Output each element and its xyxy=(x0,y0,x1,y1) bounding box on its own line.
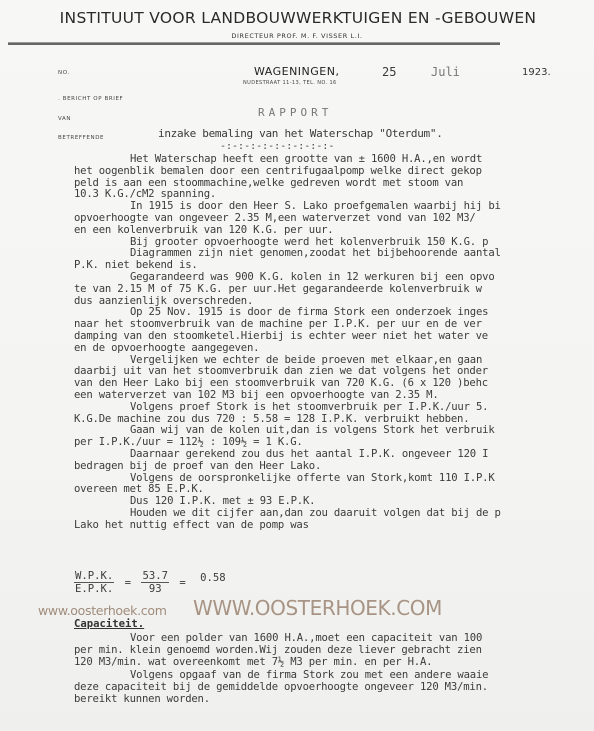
text-line: Lako het nuttig effect van de pomp was xyxy=(74,520,594,532)
report-title: RAPPORT xyxy=(258,106,332,119)
text-line: Vergelijken we echter de beide proeven m… xyxy=(74,355,594,367)
text-line: Gegarandeerd was 900 K.G. kolen in 12 we… xyxy=(74,272,594,284)
capaciteit-body: Voor een polder van 1600 H.A.,moet een c… xyxy=(74,632,594,705)
text-line: Daarnaar gerekend zou dus het aantal I.P… xyxy=(74,449,594,461)
equals-sign: = xyxy=(125,577,131,589)
label-van: VAN xyxy=(58,116,71,122)
fraction-denominator: E.P.K. xyxy=(74,583,114,595)
text-line: damping van den stoomketel.Hierbij is ec… xyxy=(74,331,594,343)
text-line: Dus 120 I.P.K. met ± 93 E.P.K. xyxy=(74,496,594,508)
formula-result: 0.58 xyxy=(200,572,226,584)
text-line: een waterverzet van 102 M3 bij een opvoe… xyxy=(74,390,594,402)
date-year: 1923. xyxy=(522,67,551,78)
label-no: NO. xyxy=(58,70,70,76)
text-line: daarbij uit van het stoomverbruik dan zi… xyxy=(74,366,594,378)
text-line: In 1915 is door den Heer S. Lako proefge… xyxy=(74,201,594,213)
fraction-denominator: 93 xyxy=(141,583,169,595)
label-bericht-op-brief: . BERICHT OP BRIEF xyxy=(58,96,123,102)
text-line: van den Heer Lako bij een stoomverbruik … xyxy=(74,378,594,390)
fraction-numerator: 53.7 xyxy=(141,570,169,583)
text-line: 10.3 K.G./cM2 spanning. xyxy=(74,189,594,201)
text-line: naar het stoomverbruik van de machine pe… xyxy=(74,319,594,331)
letterhead-institute: INSTITUUT VOOR LANDBOUWWERKTUIGEN EN -GE… xyxy=(8,9,588,27)
text-line: peld is aan een stoommachine,welke gedre… xyxy=(74,178,594,190)
text-line: Houden we dit cijfer aan,dan zou daaruit… xyxy=(74,508,594,520)
text-line: Voor een polder van 1600 H.A.,moet een c… xyxy=(74,632,594,644)
efficiency-formula: W.P.K. E.P.K. = 53.7 93 = 0.58 xyxy=(74,570,230,595)
fraction-numerator: W.P.K. xyxy=(74,570,114,583)
text-line: Het Waterschap heeft een grootte van ± 1… xyxy=(74,154,594,166)
document-page: INSTITUUT VOOR LANDBOUWWERKTUIGEN EN -GE… xyxy=(0,0,594,731)
report-body: Het Waterschap heeft een grootte van ± 1… xyxy=(74,154,594,532)
text-line: bereikt kunnen worden. xyxy=(74,693,594,705)
text-line: Volgens proef Stork is het stoomverbruik… xyxy=(74,402,594,414)
letterhead-director: DIRECTEUR PROF. M. F. VISSER L.I. xyxy=(0,32,594,40)
text-line: opvoerhoogte van ongeveer 2.35 M,een wat… xyxy=(74,213,594,225)
text-line: overeen met 85 E.P.K. xyxy=(74,484,594,496)
text-line: Op 25 Nov. 1915 is door de firma Stork e… xyxy=(74,307,594,319)
fraction-wpk-epk: W.P.K. E.P.K. xyxy=(74,570,114,595)
text-line: K.G.De machine zou dus 720 : 5.58 = 128 … xyxy=(74,414,594,426)
date-day: 25 xyxy=(382,65,396,79)
date-month: Juli xyxy=(431,65,460,79)
address: NUDESTRAAT 11-13, TEL. NO. 16 xyxy=(243,80,337,86)
text-line: Gaan wij van de kolen uit,dan is volgens… xyxy=(74,425,594,437)
city: WAGENINGEN, xyxy=(254,65,339,78)
text-line: P.K. niet bekend is. xyxy=(74,260,594,272)
text-line: dus aanzienlijk overschreden. xyxy=(74,296,594,308)
text-line: deze capaciteit bij de gemiddelde opvoer… xyxy=(74,681,594,693)
letterhead-rule xyxy=(8,42,500,45)
text-line: Volgens de oorspronkelijke offerte van S… xyxy=(74,473,594,485)
text-line: het oogenblik bemalen door een centrifug… xyxy=(74,166,594,178)
text-line: bedragen bij de proef van den Heer Lako. xyxy=(74,461,594,473)
text-line: 120 M3/min. wat overeenkomt met 7½ M3 pe… xyxy=(74,656,594,668)
text-line: en een kolenverbruik van 120 K.G. per uu… xyxy=(74,225,594,237)
watermark-small: www.oosterhoek.com xyxy=(38,603,167,618)
text-line: per I.P.K./uur = 112½ : 109½ = 1 K.G. xyxy=(74,437,594,449)
report-subject: inzake bemaling van het Waterschap "Oter… xyxy=(158,127,443,140)
equals-sign: = xyxy=(179,577,185,589)
watermark-large: WWW.OOSTERHOEK.COM xyxy=(193,596,442,620)
text-line: per min. klein genoemd worden.Wij zouden… xyxy=(74,644,594,656)
section-heading-capaciteit: Capaciteit. xyxy=(74,618,144,630)
text-line: Diagrammen zijn niet genomen,zoodat het … xyxy=(74,248,594,260)
label-betreffende: BETREFFENDE xyxy=(58,135,104,141)
fraction-values: 53.7 93 xyxy=(141,570,169,595)
text-line: te van 2.15 M of 75 K.G. per uur.Het geg… xyxy=(74,284,594,296)
separator-line: -:-:-:-:-:-:-:-:-:- xyxy=(220,141,334,152)
text-line: en de opvoerhoogte aangegeven. xyxy=(74,343,594,355)
text-line: Bij grooter opvoerhoogte werd het kolenv… xyxy=(74,237,594,249)
text-line: Volgens opgaaf van de firma Stork zou me… xyxy=(74,669,594,681)
